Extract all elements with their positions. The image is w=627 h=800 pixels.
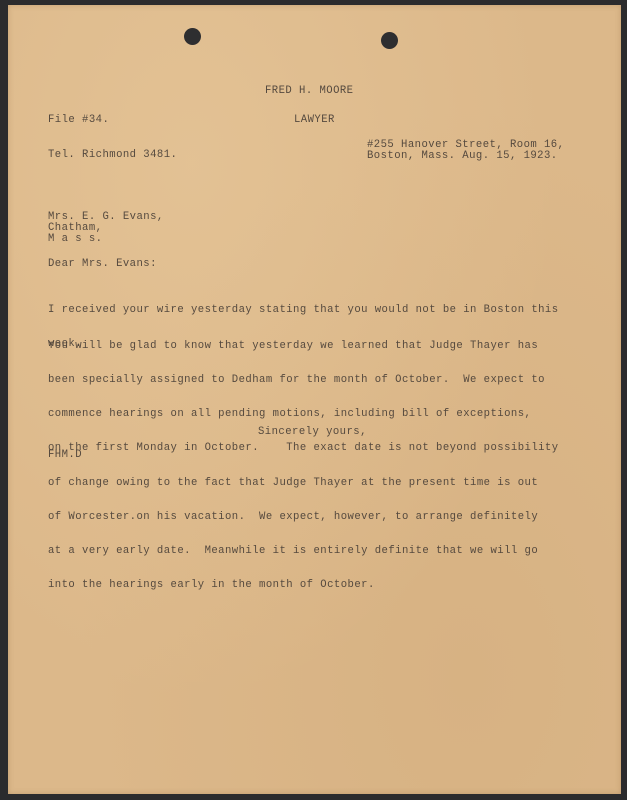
paragraph-line: You will be glad to know that yesterday … xyxy=(48,341,559,352)
paragraph-line: at a very early date. Meanwhile it is en… xyxy=(48,546,559,557)
paragraph-line: I received your wire yesterday stating t… xyxy=(48,305,559,316)
paragraph-2: You will be glad to know that yesterday … xyxy=(48,318,559,615)
closing: Sincerely yours, xyxy=(258,427,367,438)
punch-hole-right xyxy=(381,32,398,49)
paragraph-line: into the hearings early in the month of … xyxy=(48,580,559,591)
recipient-state: M a s s. xyxy=(48,234,102,245)
paragraph-line: on the first Monday in October. The exac… xyxy=(48,443,559,454)
letterhead-name: FRED H. MOORE xyxy=(265,86,354,97)
typist-initials: FHM.D xyxy=(48,450,82,461)
paragraph-line: of Worcester.on his vacation. We expect,… xyxy=(48,512,559,523)
file-number: File #34. xyxy=(48,115,109,126)
telephone: Tel. Richmond 3481. xyxy=(48,150,177,161)
letter-page: FRED H. MOORE LAWYER File #34. Tel. Rich… xyxy=(8,5,621,794)
letterhead-profession: LAWYER xyxy=(294,115,335,126)
paragraph-line: been specially assigned to Dedham for th… xyxy=(48,375,559,386)
salutation: Dear Mrs. Evans: xyxy=(48,259,157,270)
paragraph-line: commence hearings on all pending motions… xyxy=(48,409,559,420)
punch-hole-left xyxy=(184,28,201,45)
address-date-line: Boston, Mass. Aug. 15, 1923. xyxy=(367,151,558,162)
paragraph-line: of change owing to the fact that Judge T… xyxy=(48,478,559,489)
